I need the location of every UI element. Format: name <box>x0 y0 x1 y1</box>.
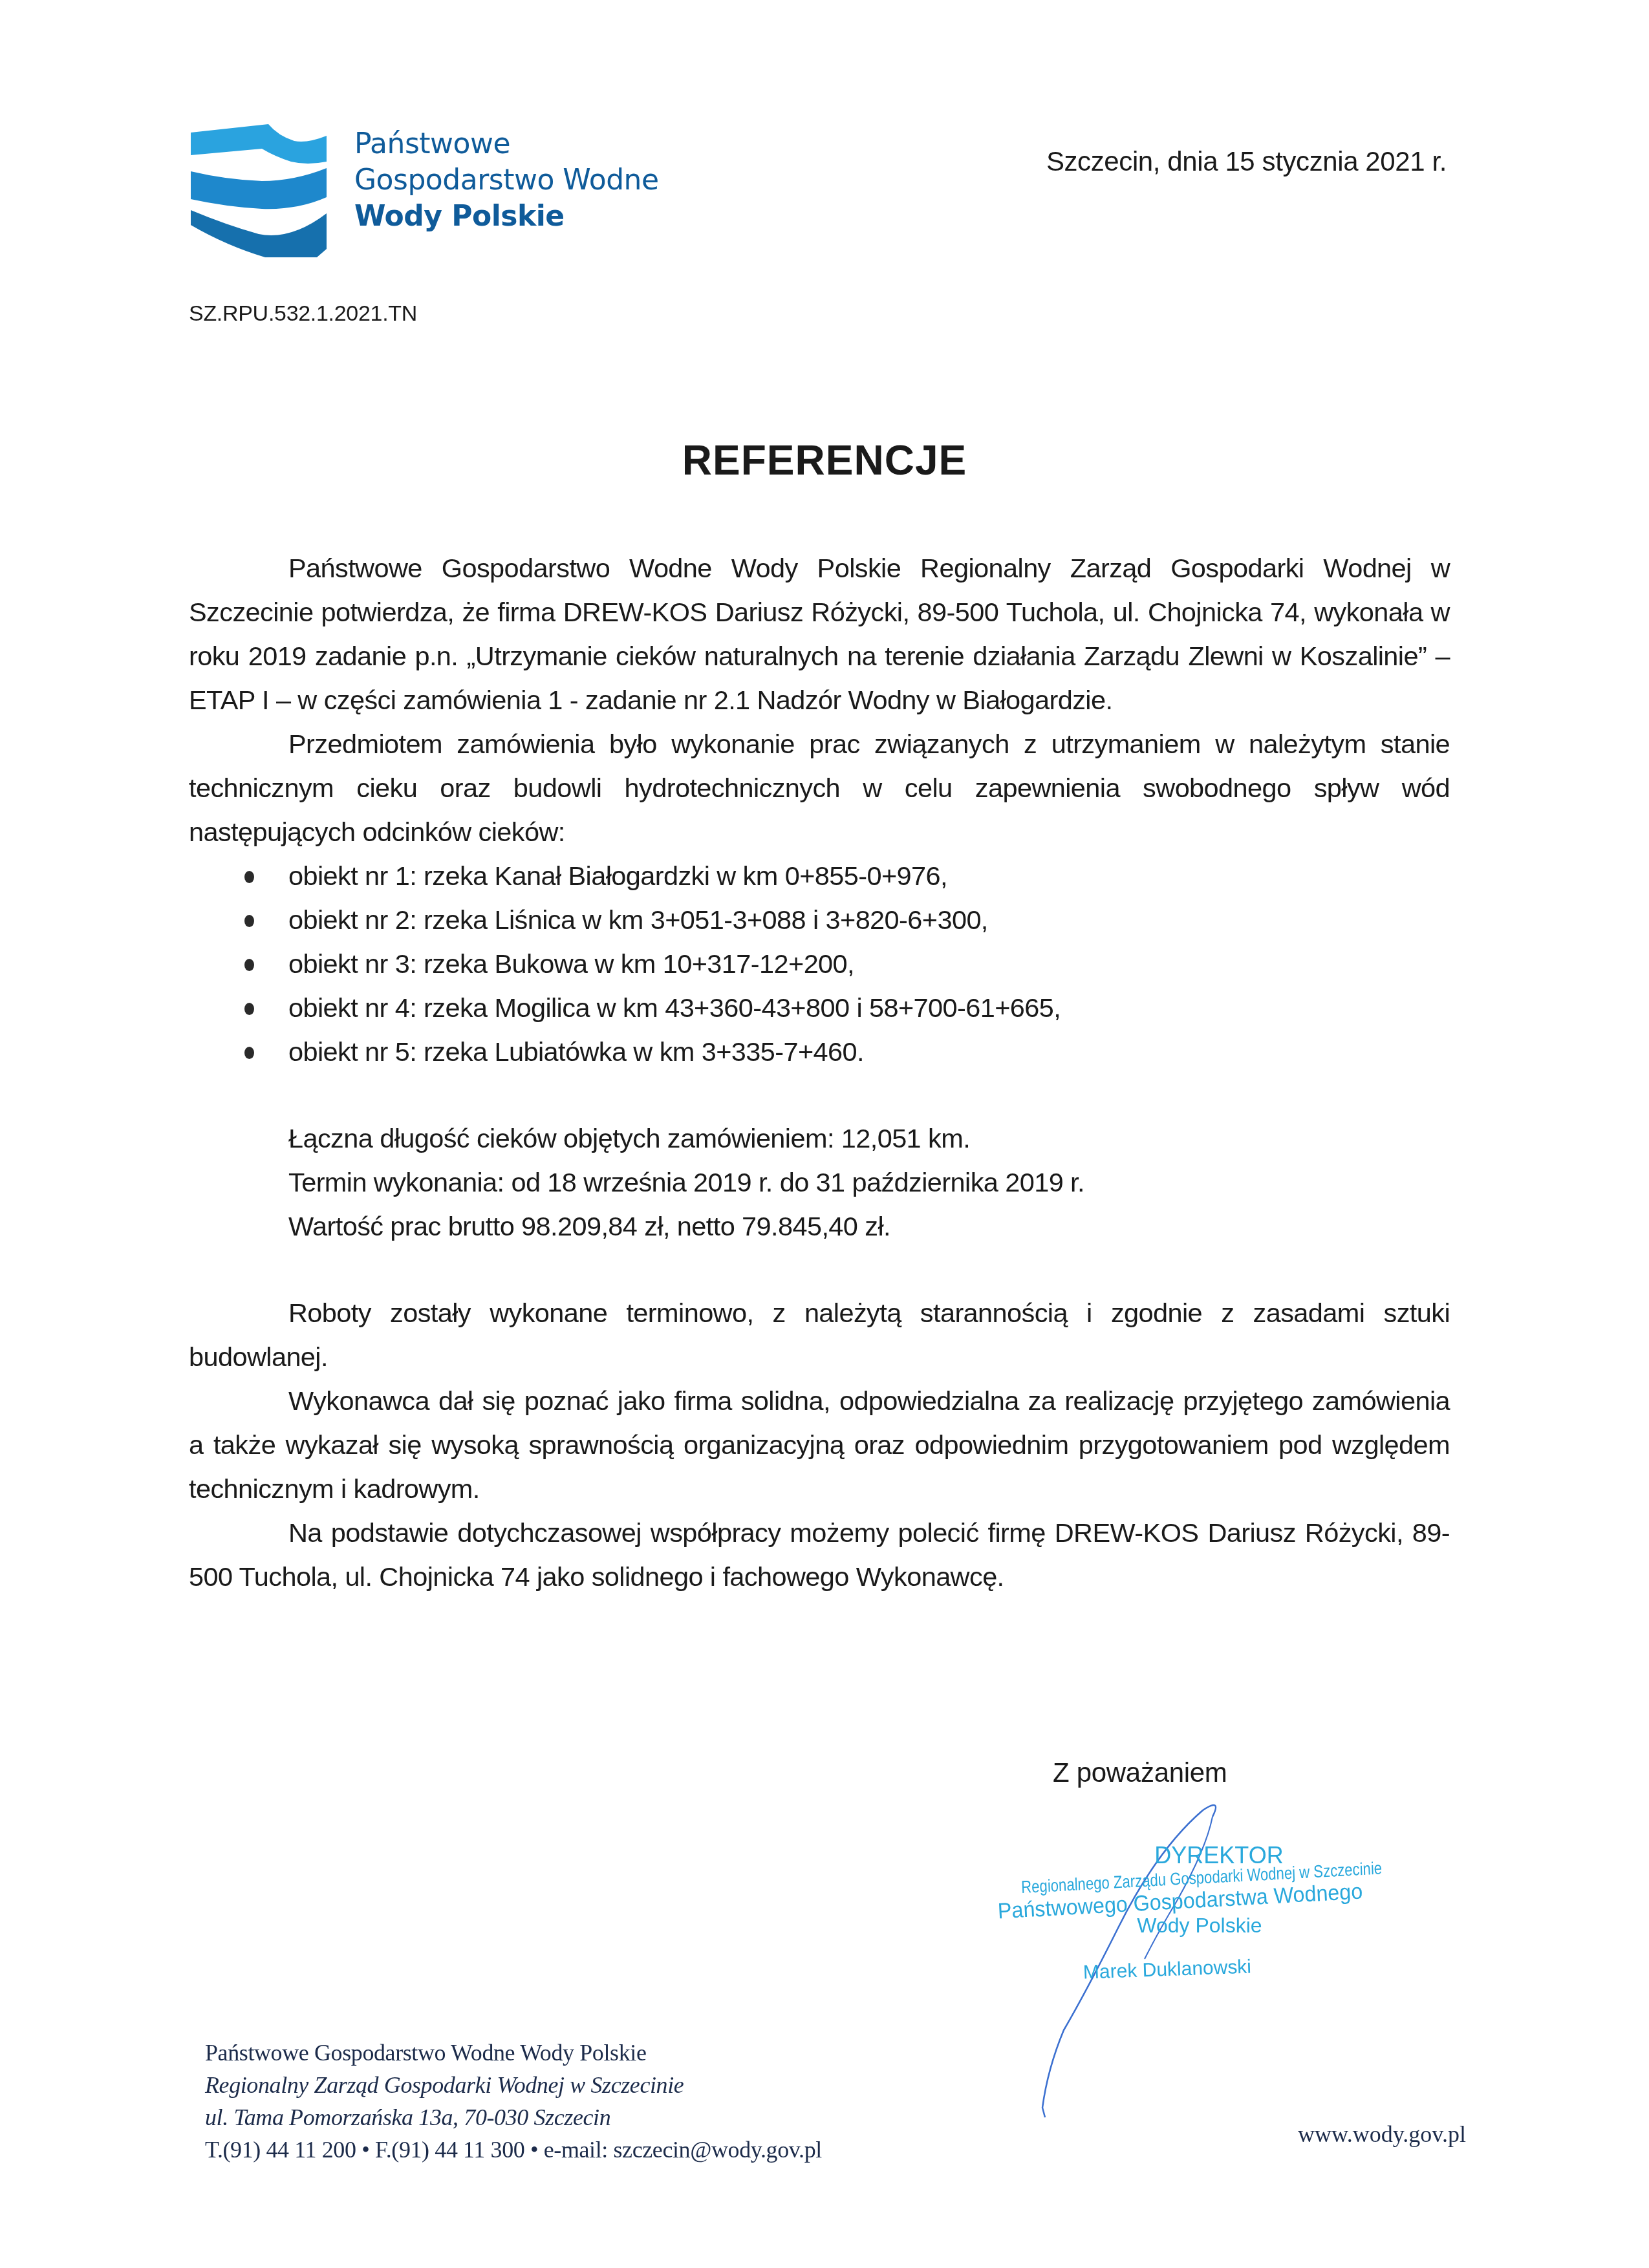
contract-value: Wartość prac brutto 98.209,84 zł, netto … <box>288 1204 1450 1248</box>
wody-polskie-logo-icon <box>188 116 330 259</box>
list-item: obiekt nr 2: rzeka Liśnica w km 3+051-3+… <box>189 898 1450 942</box>
paragraph-scope: Przedmiotem zamówienia było wykonanie pr… <box>189 722 1450 854</box>
org-line-3: Wody Polskie <box>354 198 659 235</box>
closing-salutation: Z poważaniem <box>1053 1757 1227 1788</box>
footer-regional-office: Regionalny Zarząd Gospodarki Wodnej w Sz… <box>205 2069 822 2101</box>
footer-address: Państwowe Gospodarstwo Wodne Wody Polski… <box>205 2037 822 2166</box>
organization-name: Państwowe Gospodarstwo Wodne Wody Polski… <box>354 126 659 235</box>
contract-facts: Łączna długość cieków objętych zamówieni… <box>189 1117 1450 1248</box>
footer-org: Państwowe Gospodarstwo Wodne Wody Polski… <box>205 2037 822 2069</box>
paragraph-recommendation: Na podstawie dotychczasowej współpracy m… <box>189 1511 1450 1599</box>
list-item: obiekt nr 3: rzeka Bukowa w km 10+317-12… <box>189 942 1450 986</box>
objects-list: obiekt nr 1: rzeka Kanał Białogardzki w … <box>189 854 1450 1074</box>
bullet-icon <box>244 1003 254 1015</box>
execution-term: Termin wykonania: od 18 września 2019 r.… <box>288 1161 1450 1204</box>
document-title: REFERENCJE <box>0 436 1649 484</box>
footer-website-link[interactable]: www.wody.gov.pl <box>1298 2121 1466 2148</box>
place-and-date: Szczecin, dnia 15 stycznia 2021 r. <box>1046 146 1447 177</box>
bullet-icon <box>244 871 254 883</box>
list-item: obiekt nr 5: rzeka Lubiatówka w km 3+335… <box>189 1030 1450 1074</box>
bullet-icon <box>244 959 254 971</box>
org-line-1: Państwowe <box>354 126 659 162</box>
bullet-icon <box>244 915 254 927</box>
total-length: Łączna długość cieków objętych zamówieni… <box>288 1117 1450 1161</box>
footer-street-address: ul. Tama Pomorzańska 13a, 70-030 Szczeci… <box>205 2101 822 2134</box>
paragraph-contractor-assessment: Wykonawca dał się poznać jako firma soli… <box>189 1379 1450 1511</box>
paragraph-quality: Roboty zostały wykonane terminowo, z nal… <box>189 1291 1450 1379</box>
paragraph-confirmation: Państwowe Gospodarstwo Wodne Wody Polski… <box>189 546 1450 722</box>
reference-number: SZ.RPU.532.1.2021.TN <box>189 301 417 326</box>
footer-contact: T.(91) 44 11 200 • F.(91) 44 11 300 • e-… <box>205 2134 822 2166</box>
org-line-2: Gospodarstwo Wodne <box>354 162 659 198</box>
stamp-signatory-name: Marek Duklanowski <box>960 1952 1375 1988</box>
bullet-icon <box>244 1047 254 1059</box>
list-item: obiekt nr 1: rzeka Kanał Białogardzki w … <box>189 854 1450 898</box>
director-stamp: DYREKTOR Regionalnego Zarządu Gospodarki… <box>986 1843 1374 1981</box>
list-item: obiekt nr 4: rzeka Mogilica w km 43+360-… <box>189 986 1450 1030</box>
letter-body: Państwowe Gospodarstwo Wodne Wody Polski… <box>189 546 1450 1599</box>
